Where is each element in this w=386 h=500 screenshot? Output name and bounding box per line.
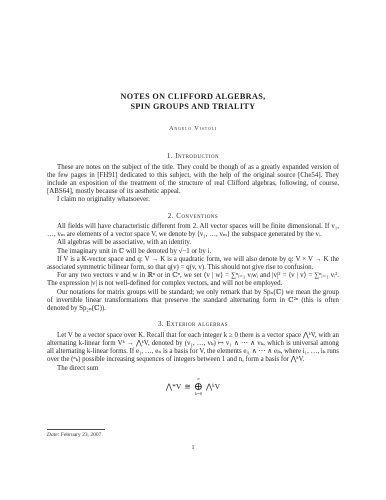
direct-sum-formula: ⋀*V ≅ n ⊕ k=0 ⋀ᵏV [47, 376, 339, 398]
paragraph: All fields will have characteristic diff… [47, 223, 339, 239]
paragraph: These are notes on the subject of the ti… [47, 164, 339, 197]
paragraph: The imaginary unit in ℂ will be denoted … [47, 248, 339, 256]
paragraph: The direct sum [47, 365, 339, 373]
paragraph: Our notations for matrix groups will be … [47, 289, 339, 314]
paragraph: I claim no originality whatsoever. [47, 196, 339, 204]
page-number: 1 [0, 445, 386, 451]
footnote-rule [47, 429, 105, 430]
section-heading-exterior-algebras: 3. Exterior algebras [47, 320, 339, 328]
paper-title: NOTES ON CLIFFORD ALGEBRAS, SPIN GROUPS … [47, 92, 339, 112]
oplus-lower-limit: k=0 [195, 392, 202, 397]
formula-lhs: ⋀*V [166, 382, 182, 391]
date-value: February 23, 2007. [61, 432, 103, 438]
paragraph: All algebras will be associative, with a… [47, 239, 339, 247]
isomorphism-symbol: ≅ [184, 382, 190, 391]
paragraph: If V is a K-vector space and q: V → K is… [47, 256, 339, 272]
paper-page: NOTES ON CLIFFORD ALGEBRAS, SPIN GROUPS … [0, 0, 386, 500]
text-block: NOTES ON CLIFFORD ALGEBRAS, SPIN GROUPS … [47, 92, 339, 398]
title-line-1: NOTES ON CLIFFORD ALGEBRAS, [47, 92, 339, 102]
section-heading-conventions: 2. Conventions [47, 212, 339, 220]
section-heading-introduction: 1. Introduction [47, 152, 339, 160]
date-footnote: Date: February 23, 2007. [47, 429, 105, 438]
title-line-2: SPIN GROUPS AND TRIALITY [47, 102, 339, 112]
author-name: Angelo Vistoli [47, 125, 339, 132]
paragraph: For any two vectors v and w in ℝⁿ or in … [47, 272, 339, 288]
formula-rhs: ⋀ᵏV [206, 382, 220, 391]
paragraph: Let V be a vector space over K. Recall t… [47, 332, 339, 365]
big-oplus-with-limits: n ⊕ k=0 [194, 377, 203, 397]
date-line: Date: February 23, 2007. [47, 432, 105, 438]
date-label: Date: [47, 432, 60, 438]
